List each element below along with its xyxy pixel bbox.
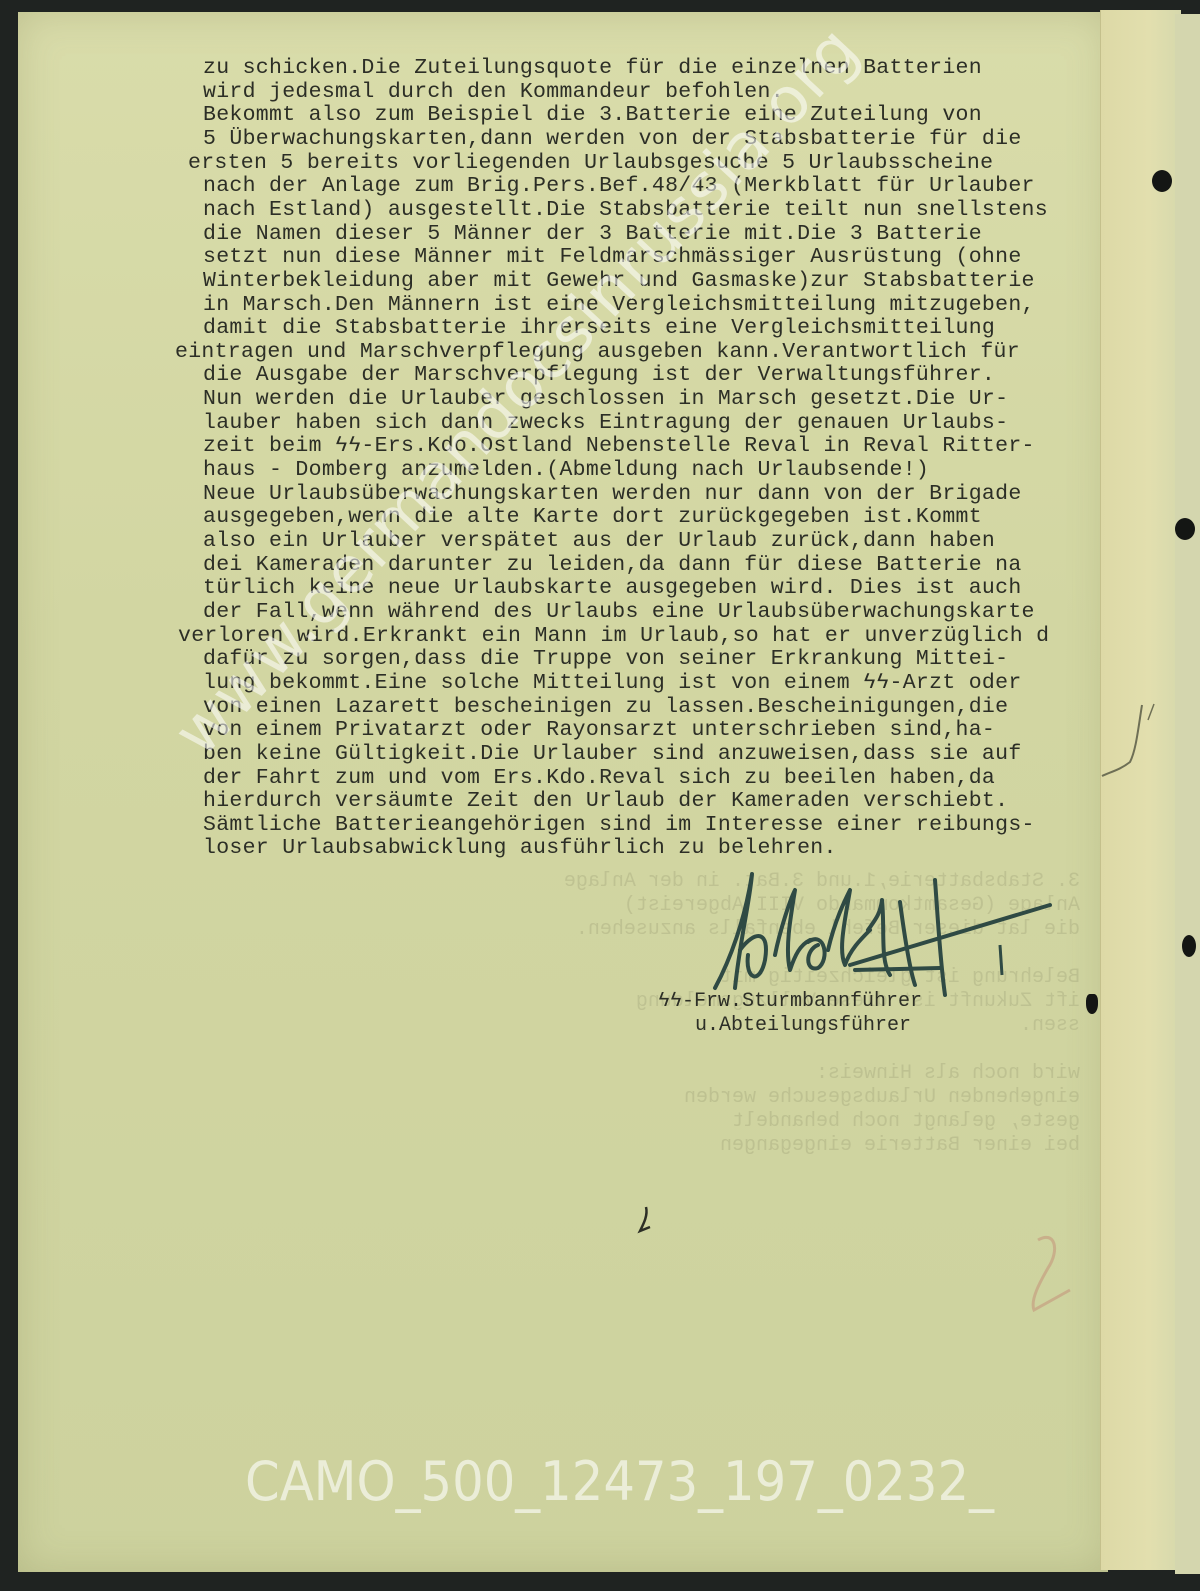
document-line: hierdurch versäumte Zeit den Urlaub der … xyxy=(203,790,1008,814)
punch-hole-3 xyxy=(1182,935,1196,957)
handwritten-signature xyxy=(700,860,1080,1010)
signature-title-position: u.Abteilungsführer xyxy=(695,1014,911,1038)
document-line: der Fahrt zum und vom Ers.Kdo.Reval sich… xyxy=(203,767,995,791)
document-line: ausgegeben,wenn die alte Karte dort zurü… xyxy=(203,506,982,530)
document-line: loser Urlaubsabwicklung ausführlich zu b… xyxy=(203,837,837,861)
watermark-archive-id: CAMO_500_12473_197_0232_ xyxy=(245,1450,994,1513)
document-line: haus - Domberg anzumelden.(Abmeldung nac… xyxy=(203,459,929,483)
document-line: lauber haben sich dann zwecks Eintragung… xyxy=(203,412,1008,436)
document-line: Sämtliche Batterieangehörigen sind im In… xyxy=(203,814,1035,838)
document-line: die Ausgabe der Marschverpflegung ist de… xyxy=(203,364,995,388)
punch-hole-2 xyxy=(1175,518,1195,540)
underlying-page-edge xyxy=(1100,10,1181,1570)
underlying-page-edge-2 xyxy=(1175,14,1200,1574)
ink-mark xyxy=(636,1205,656,1235)
document-line: ben keine Gültigkeit.Die Urlauber sind a… xyxy=(203,743,1022,767)
document-line: wird jedesmal durch den Kommandeur befoh… xyxy=(203,81,784,105)
document-line: Neue Urlaubsüberwachungskarten werden nu… xyxy=(203,483,1022,507)
document-line: 5 Überwachungskarten,dann werden von der… xyxy=(203,128,1022,152)
document-line: die Namen dieser 5 Männer der 3 Batterie… xyxy=(203,223,982,247)
document-line: von einem Privatarzt oder Rayonsarzt unt… xyxy=(203,719,995,743)
document-line: Nun werden die Urlauber geschlossen in M… xyxy=(203,388,1008,412)
red-pencil-mark xyxy=(1020,1230,1080,1320)
punch-hole-4 xyxy=(1086,994,1098,1014)
punch-hole-1 xyxy=(1152,170,1172,192)
document-line: lung bekommt.Eine solche Mitteilung ist … xyxy=(203,672,1022,696)
pencil-mark-margin xyxy=(1100,700,1160,780)
document-line: von einen Lazarett bescheinigen zu lasse… xyxy=(203,696,1008,720)
document-line: Bekommt also zum Beispiel die 3.Batterie… xyxy=(203,104,982,128)
document-line: zeit beim ϟϟ-Ers.Kdo.Ostland Nebenstelle… xyxy=(203,435,1035,459)
document-line: nach der Anlage zum Brig.Pers.Bef.48/43 … xyxy=(203,175,1035,199)
document-line: ersten 5 bereits vorliegenden Urlaubsges… xyxy=(188,152,993,176)
